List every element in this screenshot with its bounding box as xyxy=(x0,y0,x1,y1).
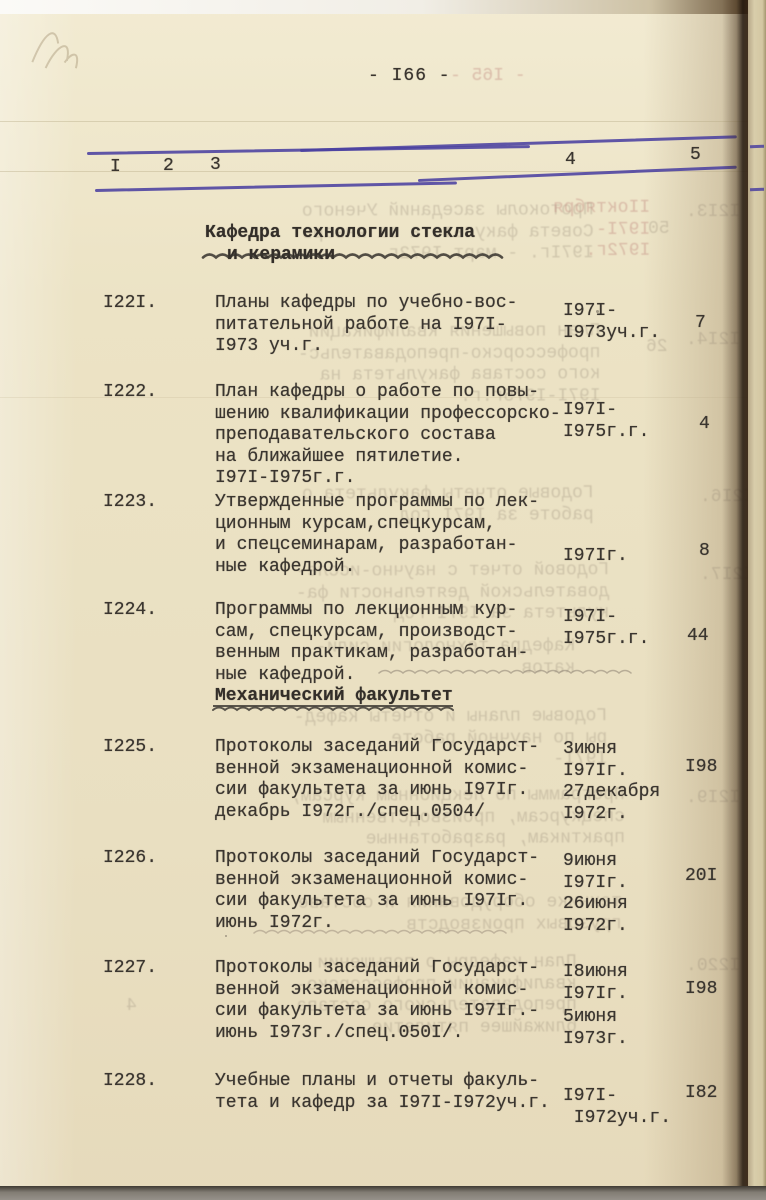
pencil-guide-line xyxy=(0,121,766,122)
page-number: - I66 - xyxy=(368,66,451,88)
wavy-separator xyxy=(378,669,632,677)
entry-dates: I97Iг. xyxy=(563,546,628,568)
entry-sheet-count: I98 xyxy=(685,757,717,779)
wavy-underline xyxy=(202,253,502,262)
entry-sheet-count: 8 xyxy=(699,541,710,563)
ink-speck xyxy=(225,935,227,937)
entry-description: Учебные планы и отчеты факуль- тета и ка… xyxy=(215,1071,550,1114)
wavy-separator xyxy=(253,929,511,937)
entry-description: Утвержденные программы по лек- ционным к… xyxy=(215,492,539,578)
header-rule-line xyxy=(95,181,457,191)
entry-sheet-count: I82 xyxy=(685,1083,717,1105)
section-heading-line1: Кафедра технологии стекла xyxy=(205,223,475,245)
handwritten-mark xyxy=(22,17,100,86)
entry-number: I224. xyxy=(103,600,157,622)
entry-description: Планы кафедры по учебно-вос- питательной… xyxy=(215,293,517,358)
header-rule-line xyxy=(418,166,737,182)
entry-number: I226. xyxy=(103,848,157,870)
entry-description: Протоколы заседаний Государст- венной эк… xyxy=(215,848,539,934)
entry-dates: I8июня I97Iг. xyxy=(563,962,628,1005)
entry-dates: 5июня I973г. xyxy=(563,1007,628,1050)
entry-number: I222. xyxy=(103,382,157,404)
bleed-through-text: 4 xyxy=(126,996,137,1018)
header-rule-line xyxy=(300,135,737,151)
entry-dates: I97I- I972уч.г. xyxy=(563,1086,671,1129)
next-page-edge xyxy=(748,0,766,1200)
entry-description: Протоколы заседаний Государст- венной эк… xyxy=(215,958,539,1044)
column-header-3: 3 xyxy=(210,155,221,177)
entry-number: I228. xyxy=(103,1071,157,1093)
entry-sheet-count: 7 xyxy=(695,313,706,335)
entry-number: I227. xyxy=(103,958,157,980)
bleed-through-text: - I65 - xyxy=(450,66,526,88)
entry-dates: 9июня I97Iг. 26июня I972г. xyxy=(563,851,628,937)
entry-sheet-count: 4 xyxy=(699,414,710,436)
column-header-4: 4 xyxy=(565,150,576,172)
column-header-5: 5 xyxy=(690,145,701,167)
bleed-through-text: IIоктября I97I- I972г. xyxy=(553,198,651,263)
scan-bottom-edge xyxy=(0,1186,766,1200)
entry-sheet-count: 44 xyxy=(687,626,709,648)
wavy-underline xyxy=(212,706,452,714)
entry-dates: I97I- I973уч.г. xyxy=(563,301,660,344)
entry-dates: I97I- I975г.г. xyxy=(563,607,649,650)
next-page-rule-fragment xyxy=(750,188,764,191)
column-header-1: I xyxy=(110,157,121,179)
page-binding-crease xyxy=(722,0,748,1200)
column-header-2: 2 xyxy=(163,156,174,178)
entry-sheet-count: I98 xyxy=(685,979,717,1001)
entry-number: I223. xyxy=(103,492,157,514)
entry-number: I225. xyxy=(103,737,157,759)
entry-number: I22I. xyxy=(103,293,157,315)
next-page-rule-fragment xyxy=(750,145,764,148)
scan-top-edge xyxy=(0,0,766,14)
entry-dates: I97I- I975г.г. xyxy=(563,400,649,443)
entry-description: Протоколы заседаний Государст- венной эк… xyxy=(215,737,539,823)
entry-dates: 3июня I97Iг. 27декабря I972г. xyxy=(563,739,660,825)
bleed-through-text: 50 xyxy=(648,219,670,241)
entry-sheet-count: 20I xyxy=(685,866,717,888)
entry-description: План кафедры о работе по повы- шению ква… xyxy=(215,382,561,490)
archival-document-page: - I65 - Протоколы заседаний Ученого Сове… xyxy=(0,0,766,1200)
